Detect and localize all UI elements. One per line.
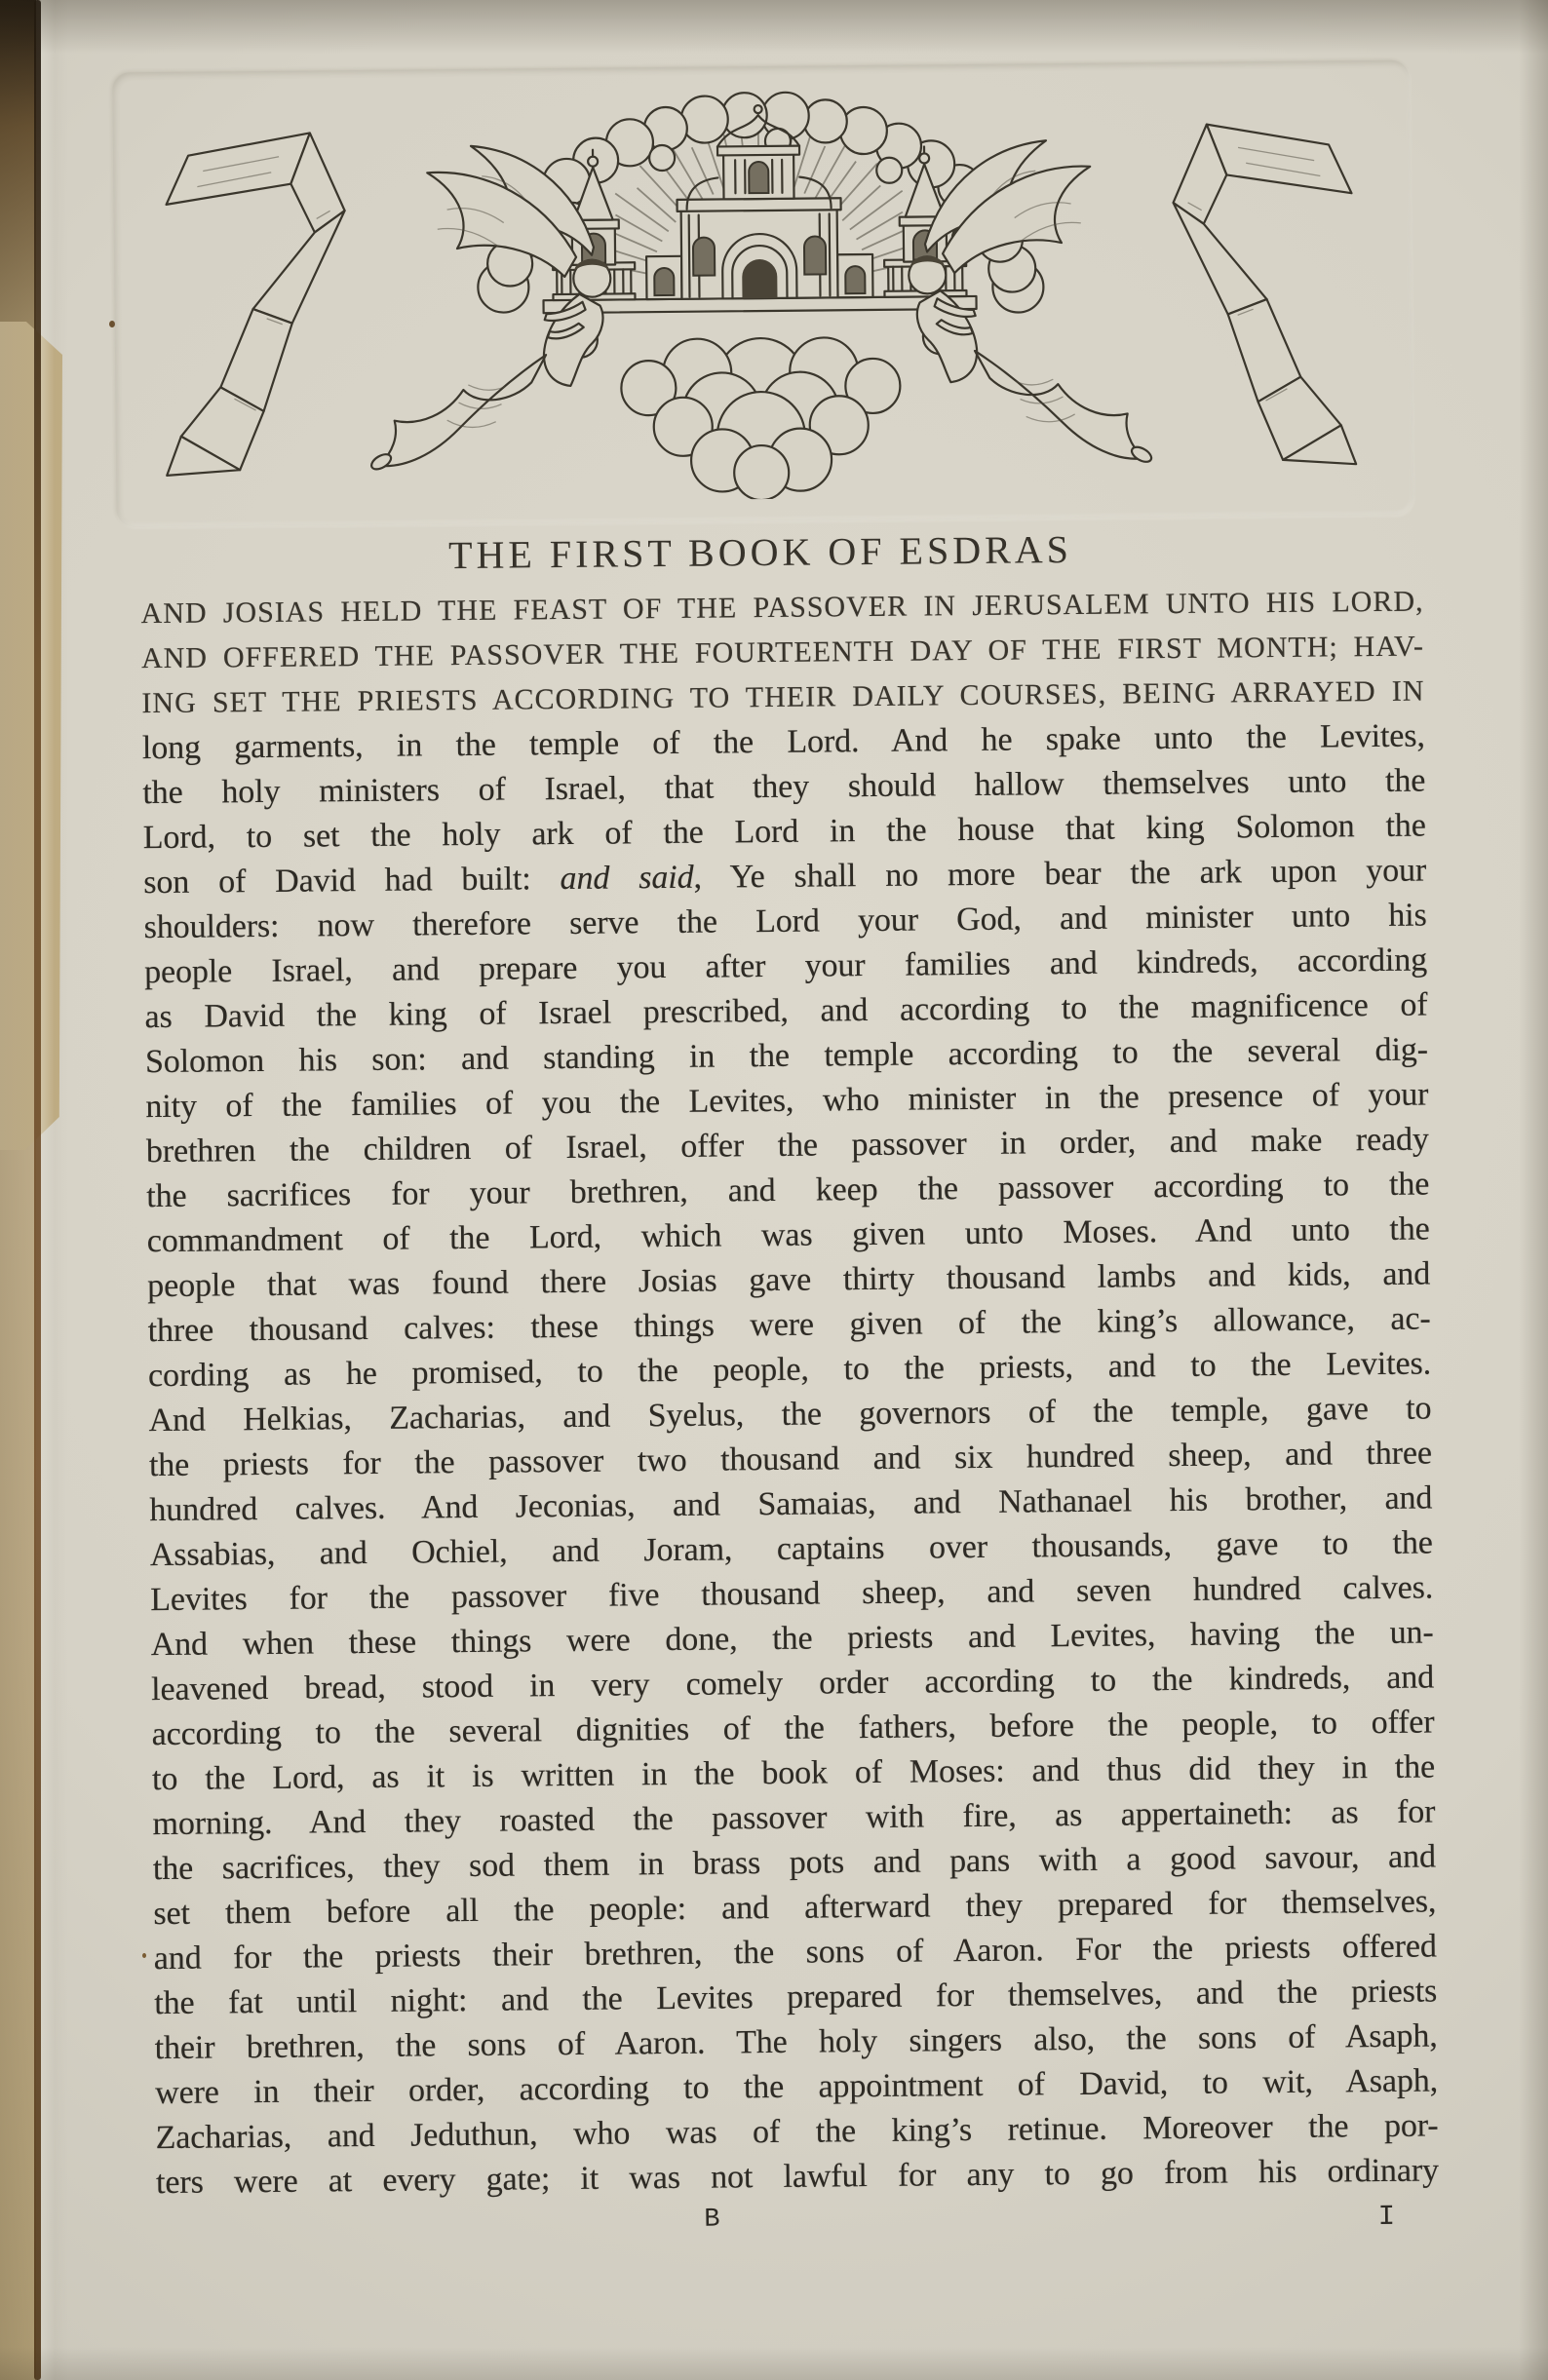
signature-mark: B [690, 2205, 733, 2234]
opening-caps: AND JOSIAS HELD THE FEAST OF THE PASSOVE… [140, 580, 1424, 727]
ribbon [164, 133, 347, 476]
page-title: THE FIRST BOOK OF ESDRAS [119, 523, 1402, 581]
printed-page-content: THE FIRST BOOK OF ESDRAS AND JOSIAS HELD… [0, 0, 1548, 2380]
headpiece-engraving [134, 84, 1395, 505]
body-text: long garments, in the temple of the Lord… [142, 714, 1440, 2207]
text-block: AND JOSIAS HELD THE FEAST OF THE PASSOVE… [140, 580, 1439, 2207]
cloud-base [562, 319, 960, 502]
page-number: I [1367, 2201, 1406, 2233]
book-page-photo: THE FIRST BOOK OF ESDRAS AND JOSIAS HELD… [0, 0, 1548, 2380]
